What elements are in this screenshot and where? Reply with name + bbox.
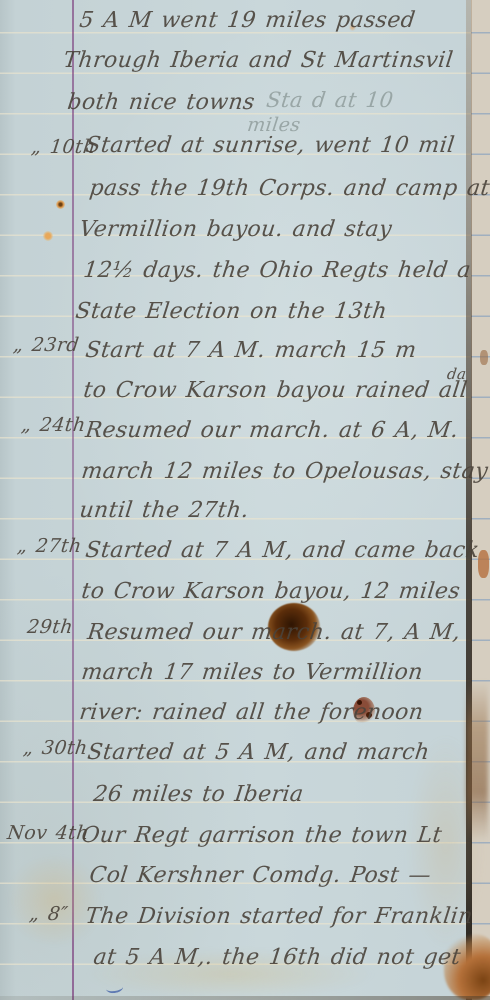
diary-line: Through Iberia and St Martinsvil: [62, 48, 455, 73]
adjacent-page-edge: [471, 0, 490, 1000]
diary-line: Vermillion bayou. and stay: [78, 217, 393, 242]
margin-date: „ 8″: [28, 903, 69, 925]
diary-line: 5 A M went 19 miles passed: [78, 8, 417, 33]
diary-line: 26 miles to Iberia: [92, 782, 305, 807]
gutter-shadow: [466, 0, 472, 1000]
diary-line: to Crow Karson bayou, 12 miles: [80, 579, 462, 604]
diary-line: Started at 7 A M, and came back: [84, 538, 481, 563]
blue-pencil-mark: [105, 982, 123, 994]
diary-line: The Division started for Franklin: [84, 904, 474, 929]
diary-line: at 5 A M,. the 16th did not get: [92, 945, 462, 970]
diary-line: Resumed our march. at 7, A M,: [86, 620, 462, 645]
diary-line: to Crow Karson bayou rained all: [82, 378, 469, 403]
diary-line: Our Regt garrison the town Lt: [80, 823, 443, 848]
margin-date: „ 24th: [20, 414, 87, 436]
margin-date: Nov 4th: [6, 822, 90, 844]
diary-line: Start at 7 A M. march 15 m: [84, 338, 418, 363]
diary-line: State Election on the 13th: [74, 299, 389, 324]
diary-line: Started at sunrise, went 10 mil: [84, 133, 456, 158]
diary-page: „ 10th „ 23rd „ 24th „ 27th 29th „ 30th …: [0, 0, 490, 1000]
erased-text: Sta d at 10: [265, 88, 395, 112]
diary-line: both nice towns: [66, 90, 256, 115]
diary-line: Resumed our march. at 6 A, M.: [84, 418, 460, 443]
margin-date: „ 30th: [22, 737, 89, 759]
diary-line: 12½ days. the Ohio Regts held a: [82, 258, 472, 283]
diary-line: march 12 miles to Opelousas, stay: [80, 459, 490, 484]
superscript-correction: da: [446, 365, 468, 383]
margin-date: „ 27th: [16, 535, 83, 557]
interline-word: miles: [246, 114, 302, 136]
diary-line: until the 27th.: [78, 498, 250, 523]
diary-line: Started at 5 A M, and march: [86, 740, 431, 765]
margin-date: „ 23rd: [12, 334, 80, 356]
diary-line: march 17 miles to Vermillion: [80, 660, 424, 685]
diary-line: river: rained all the forenoon: [78, 700, 425, 725]
diary-line: Col Kershner Comdg. Post —: [88, 863, 432, 888]
foxing-spot: [43, 231, 53, 241]
diary-line: pass the 19th Corps. and camp at: [88, 176, 490, 201]
foxing-spot: [56, 200, 65, 209]
margin-date: 29th: [26, 616, 74, 638]
